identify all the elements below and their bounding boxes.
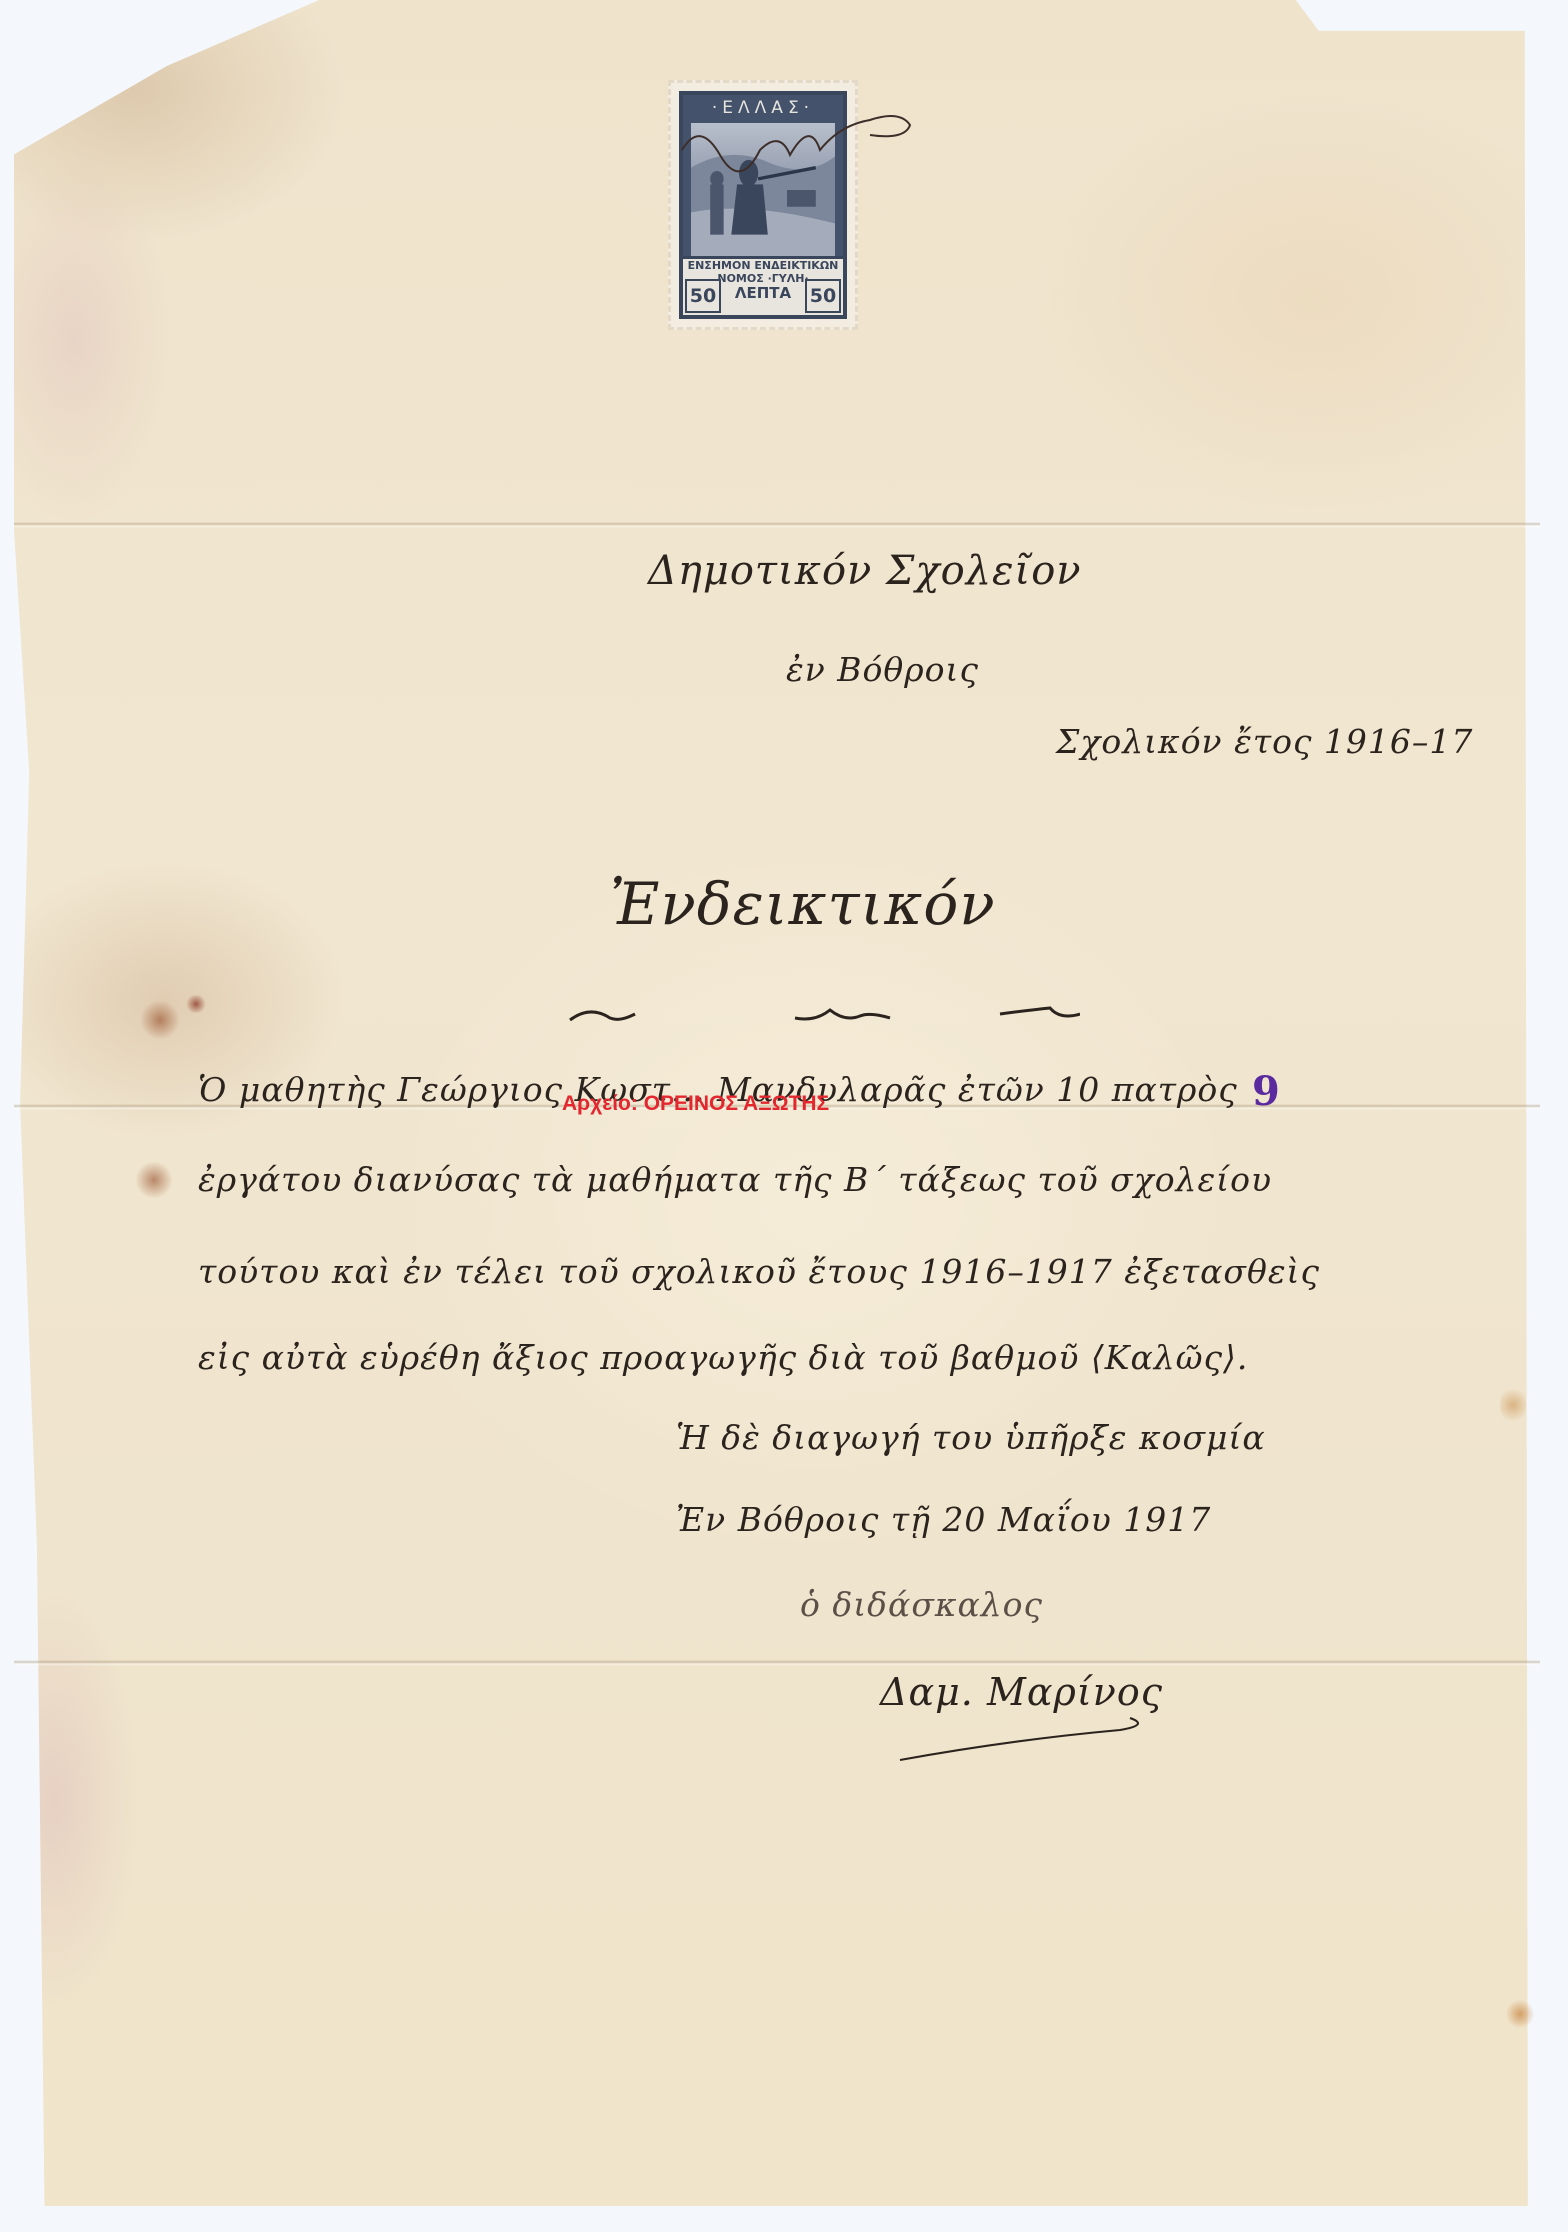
fold-line [14,1660,1540,1666]
decorative-flourish [560,1000,1080,1030]
stamp-value-left: 50 [685,279,721,313]
stamp-legend: ΕΝΣΗΜΟΝ ΕΝΔΕΙΚΤΙΚΩΝ ΝΟΜΟΣ ·ΓΥΛΗ· ΛΕΠΤΑ 5… [683,256,843,315]
signature-flourish [890,1710,1190,1770]
rust-stain [140,1000,180,1040]
stamp-illustration [691,123,835,257]
body-line-2: ἐργάτου διανύσας τὰ μαθήματα τῆς Β΄ τάξε… [198,1160,1272,1199]
date-line: Ἐν Βόθροις τῇ 20 Μαΐου 1917 [676,1500,1211,1539]
conduct-line: Ἡ δὲ διαγωγή του ὑπῆρξε κοσμία [676,1418,1266,1457]
school-year: Σχολικόν ἔτος 1916–17 [1056,722,1473,761]
school-name: Δημοτικόν Σχολεῖον [648,548,1082,594]
water-stain [1500,1385,1526,1425]
revenue-stamp: ·ΕΛΛΑΣ· ΕΝΣΗΜΟΝ ΕΝΔΕΙΚΤΙΚΩΝ ΝΟΜΟΣ ·ΓΥΛΗ·… [668,80,858,330]
body-line-3: τούτου καὶ ἐν τέλει τοῦ σχολικοῦ ἔτους 1… [198,1252,1320,1291]
stamp-value-right: 50 [805,279,841,313]
fold-line [14,522,1540,528]
rust-stain [136,1160,172,1200]
document-title: Ἐνδεικτικόν [610,870,996,938]
rust-stain [185,995,207,1013]
body-line-4: εἰς αὐτὰ εὑρέθη ἄξιος προαγωγῆς διὰ τοῦ … [198,1338,1248,1377]
teacher-signature: Δαμ. Μαρίνος [880,1670,1163,1714]
age-correction: 9 [1252,1068,1281,1115]
school-location: ἐν Βόθροις [786,650,979,689]
signatory-title: ὁ διδάσκαλος [800,1585,1043,1624]
water-stain [1505,2000,1535,2028]
stamp-country: ·ΕΛΛΑΣ· [683,95,843,121]
archive-watermark: Αρχείο: ΟΡΕΙΝΟΣ ΑΞΩΤΗΣ [562,1092,829,1116]
